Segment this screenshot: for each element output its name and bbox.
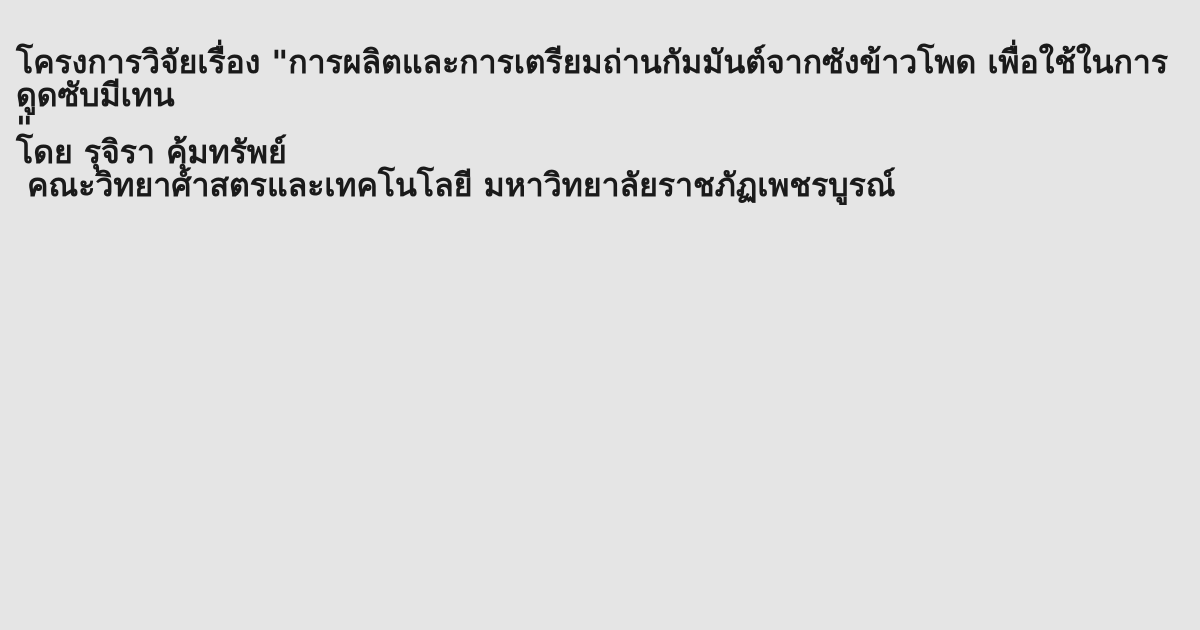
page-background: โครงการวิจัยเรื่อง "การผลิตและการเตรียมถ… xyxy=(0,0,1200,630)
title-line-1: โครงการวิจัยเรื่อง "การผลิตและการเตรียมถ… xyxy=(16,46,1188,112)
byline: โดย รุจิรา คุ้มทรัพย์ xyxy=(16,136,1188,169)
research-title: โครงการวิจัยเรื่อง "การผลิตและการเตรียมถ… xyxy=(16,46,1188,145)
author-block: โดย รุจิรา คุ้มทรัพย์ คณะวิทยาศ์าสตรและเ… xyxy=(16,136,1188,202)
affiliation: คณะวิทยาศ์าสตรและเทคโนโลยี มหาวิทยาลัยรา… xyxy=(16,169,1188,202)
